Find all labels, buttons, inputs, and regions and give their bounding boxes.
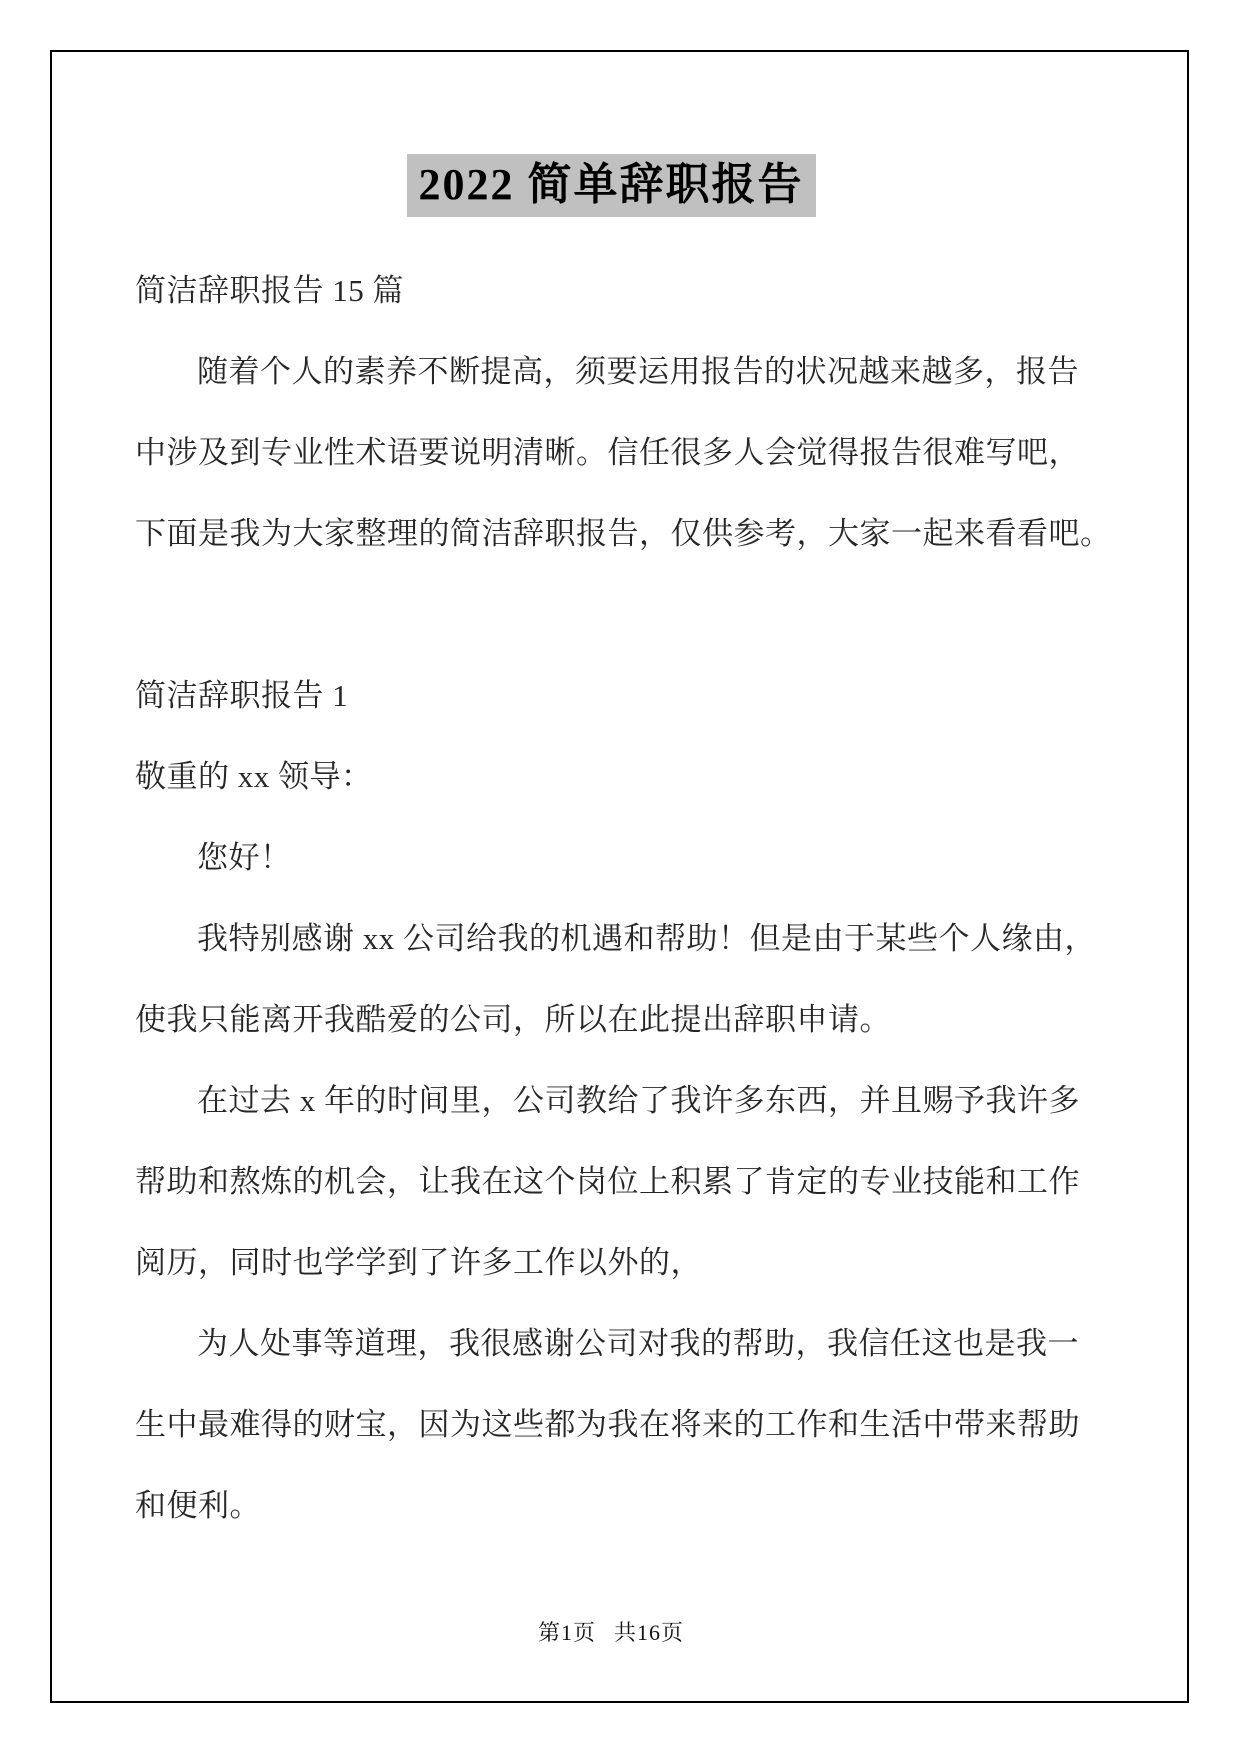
text-line: 简洁辞职报告 15 篇 [135, 250, 1095, 331]
text-line: 阅历，同时也学学到了许多工作以外的， [135, 1222, 1095, 1303]
text-line: 帮助和熬炼的机会，让我在这个岗位上积累了肯定的专业技能和工作 [135, 1141, 1095, 1222]
text-line: 敬重的 xx 领导： [135, 736, 1095, 817]
text-line: 中涉及到专业性术语要说明清晰。信任很多人会觉得报告很难写吧， [135, 412, 1095, 493]
document-title: 2022 简单辞职报告 [135, 148, 1087, 212]
document-page: 2022 简单辞职报告 简洁辞职报告 15 篇 随着个人的素养不断提高，须要运用… [0, 0, 1241, 1754]
page-footer: 第1页共16页 [135, 1616, 1087, 1647]
title-text: 2022 简单辞职报告 [407, 154, 816, 217]
page-number: 第1页 [538, 1620, 596, 1645]
text-line: 生中最难得的财宝，因为这些都为我在将来的工作和生活中带来帮助 [135, 1384, 1095, 1465]
text-line: 和便利。 [135, 1465, 1095, 1546]
document-body: 简洁辞职报告 15 篇 随着个人的素养不断提高，须要运用报告的状况越来越多，报告… [135, 250, 1095, 1546]
page-count: 共16页 [614, 1620, 684, 1645]
text-line: 使我只能离开我酷爱的公司，所以在此提出辞职申请。 [135, 979, 1095, 1060]
blank-line [135, 574, 1095, 655]
text-line: 下面是我为大家整理的简洁辞职报告，仅供参考，大家一起来看看吧。 [135, 493, 1095, 574]
text-line: 简洁辞职报告 1 [135, 655, 1095, 736]
text-line: 在过去 x 年的时间里，公司教给了我许多东西，并且赐予我许多 [135, 1060, 1095, 1141]
text-line: 您好！ [135, 817, 1095, 898]
text-line: 随着个人的素养不断提高，须要运用报告的状况越来越多，报告 [135, 331, 1095, 412]
text-line: 为人处事等道理，我很感谢公司对我的帮助，我信任这也是我一 [135, 1303, 1095, 1384]
text-line: 我特别感谢 xx 公司给我的机遇和帮助！但是由于某些个人缘由， [135, 898, 1095, 979]
